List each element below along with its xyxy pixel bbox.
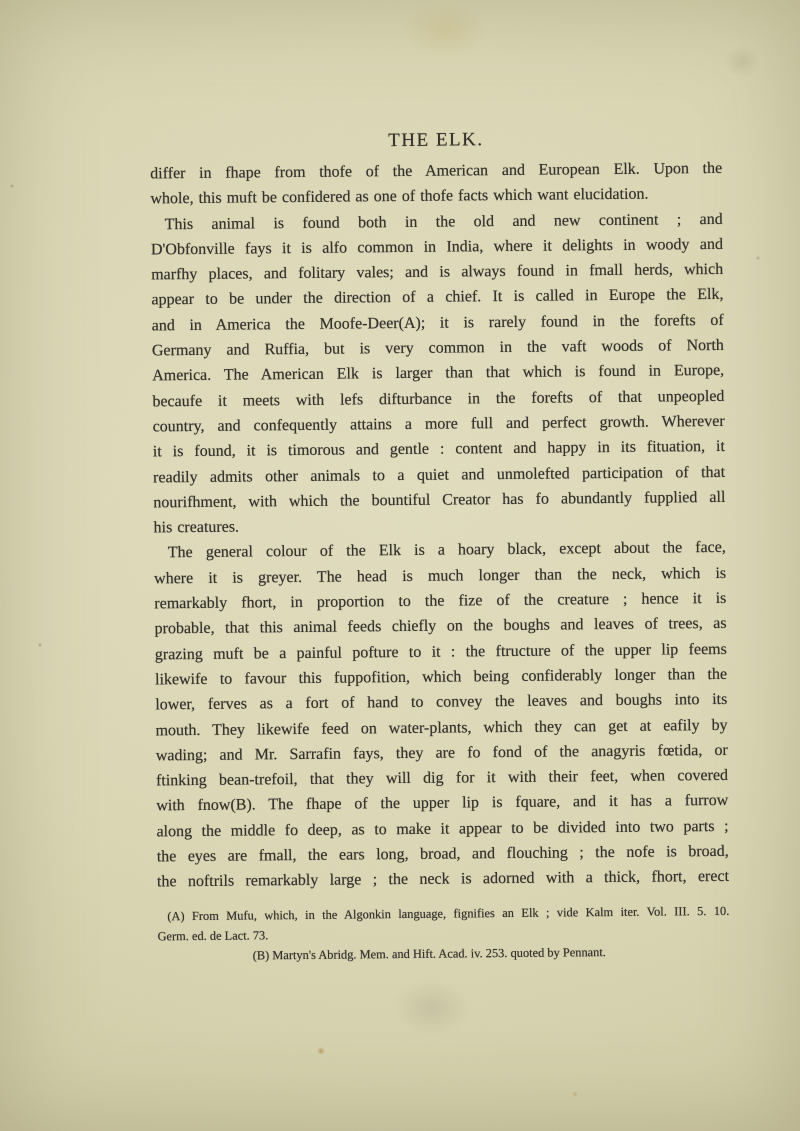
text-line: the noftrils remarkably large ; the neck…: [157, 864, 729, 895]
body-text: differ in fhape from thofe of the Americ…: [150, 156, 729, 895]
page-title: THE ELK.: [150, 126, 722, 155]
footnotes: (A) From Mufu, which, in the Algonkin la…: [157, 901, 730, 966]
book-page: THE ELK. differ in fhape from thofe of t…: [0, 0, 800, 1131]
scanned-text-area: THE ELK. differ in fhape from thofe of t…: [0, 0, 800, 1131]
